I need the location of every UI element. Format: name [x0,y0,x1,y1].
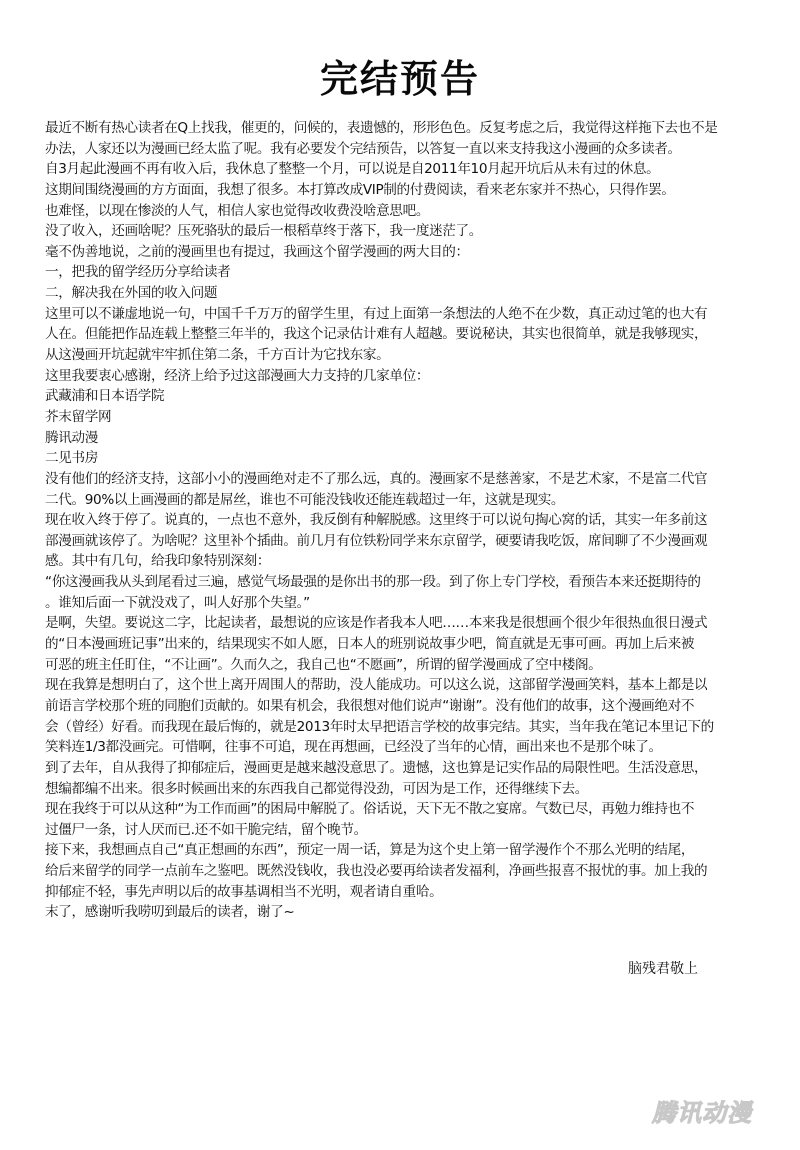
text-line: 接下来，我想画点自己“真正想画的东西”，预定一周一话，算是为这个史上第一留学漫作… [45,840,761,861]
list-item-goal-1: 一，把我的留学经历分享给读者 [45,262,761,283]
text-line: 也难怪，以现在惨淡的人气，相信人家也觉得改收费没啥意思吧。 [45,201,761,222]
text-line: 这期间围绕漫画的方方面面，我想了很多。本打算改成VIP制的付费阅读，看来老东家并… [45,180,761,201]
text-line: 末了，感谢听我唠叨到最后的读者，谢了~ [45,902,761,923]
text-line: 自3月起此漫画不再有收入后，我休息了整整一个月，可以说是自2011年10月起开坑… [45,159,761,180]
sponsor-item: 二见书房 [45,448,761,469]
text-line: 人在。但能把作品连载上整整三年半的，我这个记录估计难有人超越。要说秘诀，其实也很… [45,324,761,345]
text-line: 给后来留学的同学一点前车之鉴吧。既然没钱收，我也没必要再给读者发福利，净画些报喜… [45,861,761,882]
text-line: 现在收入终于停了。说真的，一点也不意外，我反倒有种解脱感。这里终于可以说句掏心窝… [45,510,761,531]
list-item-goal-2: 二，解决我在外国的收入问题 [45,283,761,304]
text-line: 从这漫画开坑起就牢牢抓住第二条，千方百计为它找东家。 [45,345,761,366]
text-line: 前语言学校那个班的同胞们贡献的。如果有机会，我很想对他们说声“谢谢”。没有他们的… [45,696,761,717]
quote-line: “你这漫画我从头到尾看过三遍，感觉气场最强的是你出书的那一段。到了你上专门学校，… [45,572,761,593]
text-line: 的“日本漫画班记事”出来的，结果现实不如人愿，日本人的班别说故事少吧，简直就是无… [45,634,761,655]
text-line: 过僵尸一条，讨人厌而已.还不如干脆完结，留个晚节。 [45,820,761,841]
text-line: 办法，人家还以为漫画已经太监了呢。我有必要发个完结预告，以答复一直以来支持我这小… [45,139,761,160]
text-line: 现在我终于可以从这种“为工作而画”的困局中解脱了。俗话说，天下无不散之宴席。气数… [45,799,761,820]
text-line: 现在我算是想明白了，这个世上离开周围人的帮助，没人能成功。可以这么说，这部留学漫… [45,675,761,696]
sponsor-item: 芥末留学网 [45,407,761,428]
text-line: 二代。90%以上画漫画的都是屌丝，谁也不可能没钱收还能连载超过一年，这就是现实。 [45,490,761,511]
text-line: 最近不断有热心读者在Q上找我，催更的，问候的，表遗憾的，形形色色。反复考虑之后，… [45,118,761,139]
sponsor-item: 武藏浦和日本语学院 [45,386,761,407]
text-line: 到了去年，自从我得了抑郁症后，漫画更是越来越没意思了。遗憾，这也算是记实作品的局… [45,758,761,779]
signature: 脑残君敬上 [628,958,698,978]
text-line: 没了收入，还画啥呢？压死骆驮的最后一根稻草终于落下，我一度迷茫了。 [45,221,761,242]
text-line: 毫不伪善地说，之前的漫画里也有提过，我画这个留学漫画的两大目的： [45,242,761,263]
text-line: 抑郁症不轻，事先声明以后的故事基调相当不光明，观者请自重哈。 [45,882,761,903]
text-line: 会（曾经）好看。而我现在最后悔的，就是2013年时太早把语言学校的故事完结。其实… [45,717,761,738]
text-line: 这里我要衷心感谢，经济上给予过这部漫画大力支持的几家单位： [45,366,761,387]
page-title: 完结预告 [0,48,800,103]
watermark-logo: 腾讯动漫 [652,1093,752,1128]
quote-line: 。谁知后面一下就没戏了，叫人好那个失望。” [45,593,761,614]
sponsor-item: 腾讯动漫 [45,428,761,449]
text-line: 部漫画就该停了。为啥呢？这里补个插曲。前几月有位铁粉同学来东京留学，硬要请我吃饭… [45,531,761,552]
text-line: 可恶的班主任盯住，“不让画”。久而久之，我自己也“不愿画”，所谓的留学漫画成了空… [45,655,761,676]
text-line: 感。其中有几句，给我印象特别深刻： [45,551,761,572]
text-line: 笑料连1/3都没画完。可惜啊，往事不可追，现在再想画，已经没了当年的心情，画出来… [45,737,761,758]
text-line: 没有他们的经济支持，这部小小的漫画绝对走不了那么远，真的。漫画家不是慈善家，不是… [45,469,761,490]
announcement-body: 最近不断有热心读者在Q上找我，催更的，问候的，表遗憾的，形形色色。反复考虑之后，… [45,118,761,923]
text-line: 是啊，失望。要说这二字，比起读者，最想说的应该是作者我本人吧……本来我是很想画个… [45,613,761,634]
text-line: 这里可以不谦虚地说一句，中国千千万万的留学生里，有过上面第一条想法的人绝不在少数… [45,304,761,325]
text-line: 想编都编不出来。很多时候画出来的东西我自己都觉得没劲，可因为是工作，还得继续下去… [45,779,761,800]
